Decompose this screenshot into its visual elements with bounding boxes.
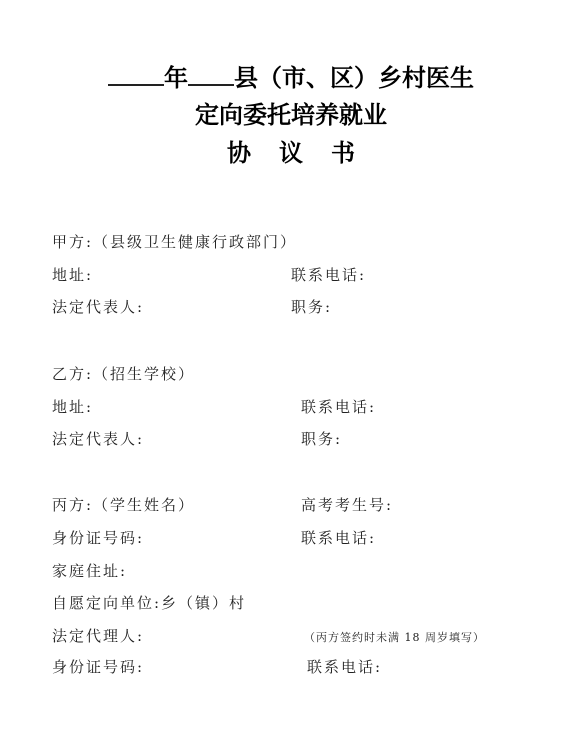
title-county-text: 县（市、区）乡村医生 — [234, 64, 474, 92]
party-c-unit-label: 自愿定向单位:乡（镇）村 — [52, 593, 246, 613]
party-a-heading: 甲方:（县级卫生健康行政部门） — [52, 232, 297, 252]
party-c-guardian-phone-label: 联系电话: — [307, 657, 382, 677]
county-blank[interactable] — [188, 62, 234, 86]
title-line-2: 定向委托培养就业 — [0, 100, 582, 130]
party-c-guardian-id-label: 身份证号码: — [52, 657, 144, 677]
party-c-heading: 丙方:（学生姓名） — [52, 495, 195, 515]
title-char: 书 — [331, 138, 355, 168]
title-char: 协 — [227, 138, 251, 168]
party-a-position-label: 职务: — [291, 297, 332, 317]
party-c-id-label: 身份证号码: — [52, 528, 144, 548]
party-c-exam-number-label: 高考考生号: — [301, 495, 393, 515]
party-c-home-address-label: 家庭住址: — [52, 561, 127, 581]
party-c-guardian-note: （丙方签约时未满 18 周岁填写） — [304, 628, 485, 648]
party-b-legal-rep-label: 法定代表人: — [52, 429, 144, 449]
year-label: 年 — [164, 64, 188, 92]
party-a-address-label: 地址: — [52, 265, 93, 285]
year-blank[interactable] — [108, 62, 164, 86]
party-b-heading: 乙方:（招生学校） — [52, 364, 195, 384]
party-b-address-label: 地址: — [52, 397, 93, 417]
party-a-legal-rep-label: 法定代表人: — [52, 297, 144, 317]
title-char: 议 — [279, 138, 303, 168]
party-c-guardian-label: 法定代理人: — [52, 626, 144, 646]
party-b-phone-label: 联系电话: — [301, 397, 376, 417]
title-line-3: 协议书 — [0, 138, 582, 168]
party-b-position-label: 职务: — [301, 429, 342, 449]
party-a-phone-label: 联系电话: — [291, 265, 366, 285]
title-line-1: 年县（市、区）乡村医生 — [0, 62, 582, 93]
party-c-phone-label: 联系电话: — [301, 528, 376, 548]
